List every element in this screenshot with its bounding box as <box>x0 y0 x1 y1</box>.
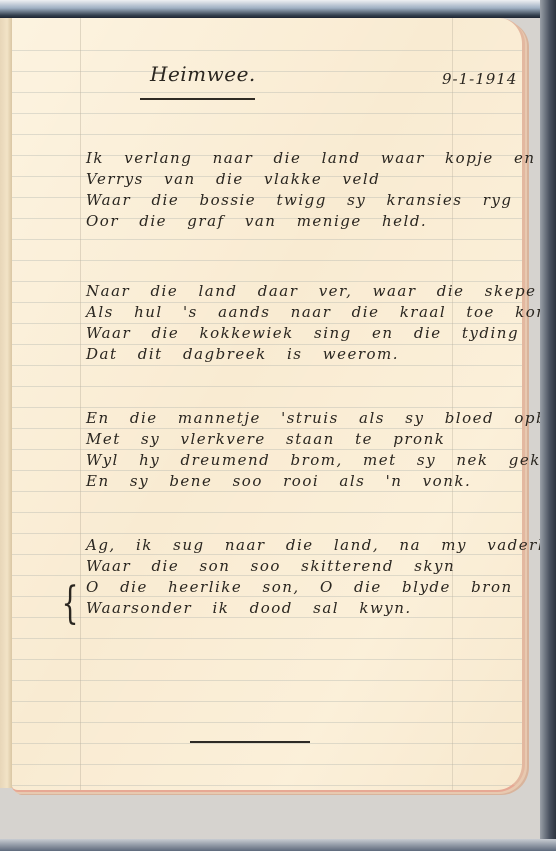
end-rule <box>190 741 310 743</box>
stanza-2: Naar die land daar ver, waar die skepe b… <box>86 281 556 365</box>
scan-top-edge <box>0 0 556 18</box>
notebook-page <box>12 18 525 792</box>
poem-title: Heimwee. <box>150 62 256 86</box>
poem-line: Waarsonder ik dood sal kwyn. <box>86 598 556 619</box>
scan-right-edge <box>540 0 556 851</box>
poem-line: Als hul 's aands naar die kraal toe kom <box>86 302 556 323</box>
poem-line: Waar die son soo skitterend skyn <box>86 556 556 577</box>
brace-mark: { <box>62 582 79 626</box>
title-underline <box>140 98 255 100</box>
poem-line: O die heerlike son, O die blyde bron <box>86 577 556 598</box>
poem-line: Waar die bossie twigg sy kransies ryg <box>86 190 556 211</box>
poem-date: 9-1-1914 <box>442 70 517 88</box>
poem-line: Naar die land daar ver, waar die skepe b… <box>86 281 556 302</box>
poem-line: Dat dit dagbreek is weerom. <box>86 344 556 365</box>
poem-line: Waar die kokkewiek sing en die tyding br… <box>86 323 556 344</box>
poem-line: En die mannetje 'struis als sy bloed opb… <box>86 408 556 429</box>
stanza-4: Ag, ik sug naar die land, na my vaderlan… <box>86 535 556 619</box>
poem-line: Oor die graf van menige held. <box>86 211 556 232</box>
poem-line: Met sy vlerkvere staan te pronk <box>86 429 556 450</box>
stanza-3: En die mannetje 'struis als sy bloed opb… <box>86 408 556 492</box>
poem-line: En sy bene soo rooi als 'n vonk. <box>86 471 556 492</box>
poem-line: Verrys van die vlakke veld <box>86 169 556 190</box>
left-margin-line <box>80 18 81 790</box>
scan-bottom-edge <box>0 839 556 851</box>
stanza-1: Ik verlang naar die land waar kopje en r… <box>86 148 556 232</box>
ruled-lines <box>12 18 522 790</box>
poem-line: Ik verlang naar die land waar kopje en r… <box>86 148 556 169</box>
poem-line: Ag, ik sug naar die land, na my vaderlan… <box>86 535 556 556</box>
right-margin-line <box>452 18 453 790</box>
poem-line: Wyl hy dreumend brom, met sy nek gekrom <box>86 450 556 471</box>
